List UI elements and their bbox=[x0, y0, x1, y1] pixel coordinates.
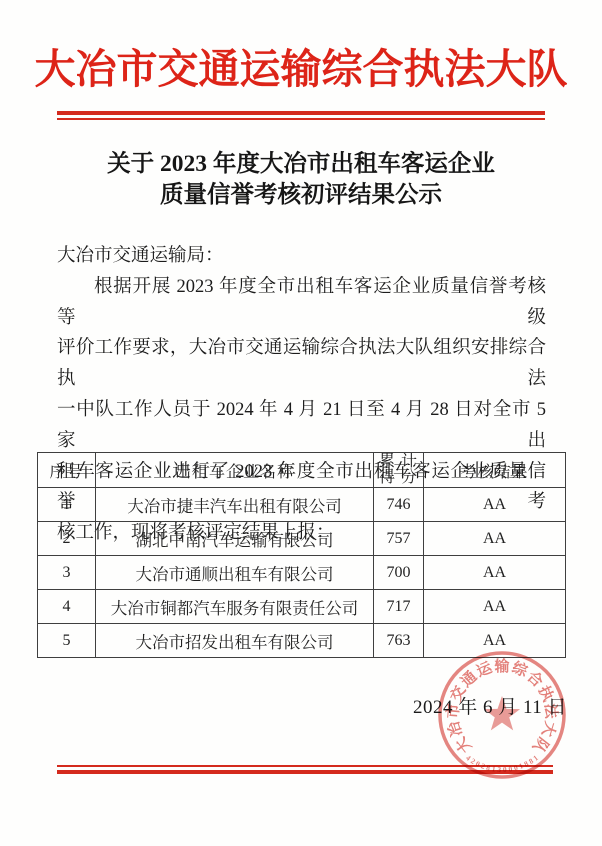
issue-date: 2024 年 6 月 11 日 bbox=[413, 692, 567, 719]
header-result: 考核结果 bbox=[424, 453, 566, 488]
table-row: 3 大冶市通顺出租车有限公司 700 AA bbox=[38, 556, 566, 590]
svg-text:合: 合 bbox=[524, 667, 547, 690]
svg-text:运: 运 bbox=[474, 659, 495, 681]
body-line: 一中队工作人员于 2024 年 4 月 21 日至 4 月 28 日对全市 5 … bbox=[57, 395, 546, 457]
document-page: 大冶市交通运输综合执法大队 关于 2023 年度大冶市出租车客运企业 质量信誉考… bbox=[0, 0, 602, 846]
footer-rule-thick bbox=[57, 770, 553, 774]
cell-score: 700 bbox=[374, 556, 424, 590]
cell-result: AA bbox=[424, 590, 566, 624]
svg-text:8: 8 bbox=[522, 759, 530, 769]
cell-company: 湖北中南汽车运输有限公司 bbox=[96, 522, 374, 556]
footer-rule-thin bbox=[57, 765, 553, 767]
svg-text:综: 综 bbox=[510, 658, 531, 681]
table-row: 1 大冶市捷丰汽车出租有限公司 746 AA bbox=[38, 488, 566, 522]
table-row: 2 湖北中南汽车运输有限公司 757 AA bbox=[38, 522, 566, 556]
header-seq: 序号 bbox=[38, 453, 96, 488]
cell-company: 大冶市招发出租车有限公司 bbox=[96, 624, 374, 658]
document-title-line-1: 关于 2023 年度大冶市出租车客运企业 bbox=[40, 149, 562, 180]
svg-text:4: 4 bbox=[464, 753, 473, 763]
cell-result: AA bbox=[424, 556, 566, 590]
letterhead-title: 大冶市交通运输综合执法大队 bbox=[0, 36, 602, 95]
header-company: 出租车企业名称 bbox=[96, 453, 374, 488]
assessment-table: 序号 出租车企业名称 累 计 得 分 考核结果 1 大冶市捷丰汽车出租有限公司 … bbox=[37, 452, 566, 658]
svg-text:0: 0 bbox=[474, 759, 482, 769]
body-line: 根据开展 2023 年度全市出租车客运企业质量信誉考核等级 bbox=[57, 272, 546, 334]
cell-seq: 4 bbox=[38, 590, 96, 624]
cell-seq: 3 bbox=[38, 556, 96, 590]
cell-seq: 1 bbox=[38, 488, 96, 522]
cell-score: 746 bbox=[374, 488, 424, 522]
header-score: 累 计 得 分 bbox=[374, 453, 424, 488]
svg-text:大: 大 bbox=[452, 734, 475, 756]
svg-text:1: 1 bbox=[531, 753, 540, 763]
cell-result: AA bbox=[424, 488, 566, 522]
body-line: 评价工作要求，大冶市交通运输综合执法大队组织安排综合执法 bbox=[57, 333, 546, 395]
header-rule-thick bbox=[57, 111, 545, 115]
cell-company: 大冶市通顺出租车有限公司 bbox=[96, 556, 374, 590]
cell-seq: 2 bbox=[38, 522, 96, 556]
svg-text:队: 队 bbox=[529, 734, 552, 757]
svg-text:冶: 冶 bbox=[444, 718, 466, 738]
table-row: 5 大冶市招发出租车有限公司 763 AA bbox=[38, 624, 566, 658]
table-header-row: 序号 出租车企业名称 累 计 得 分 考核结果 bbox=[38, 453, 566, 488]
cell-company: 大冶市捷丰汽车出租有限公司 bbox=[96, 488, 374, 522]
svg-text:通: 通 bbox=[457, 667, 480, 690]
cell-company: 大冶市铜都汽车服务有限责任公司 bbox=[96, 590, 374, 624]
cell-result: AA bbox=[424, 522, 566, 556]
document-title: 关于 2023 年度大冶市出租车客运企业 质量信誉考核初评结果公示 bbox=[40, 149, 562, 211]
salutation: 大冶市交通运输局： bbox=[57, 241, 546, 272]
cell-score: 757 bbox=[374, 522, 424, 556]
table-row: 4 大冶市铜都汽车服务有限责任公司 717 AA bbox=[38, 590, 566, 624]
cell-score: 763 bbox=[374, 624, 424, 658]
header-rule-thin bbox=[57, 118, 545, 120]
cell-score: 717 bbox=[374, 590, 424, 624]
cell-seq: 5 bbox=[38, 624, 96, 658]
cell-result: AA bbox=[424, 624, 566, 658]
svg-text:大: 大 bbox=[538, 719, 559, 738]
document-title-line-2: 质量信誉考核初评结果公示 bbox=[40, 180, 562, 211]
svg-text:输: 输 bbox=[493, 657, 509, 675]
